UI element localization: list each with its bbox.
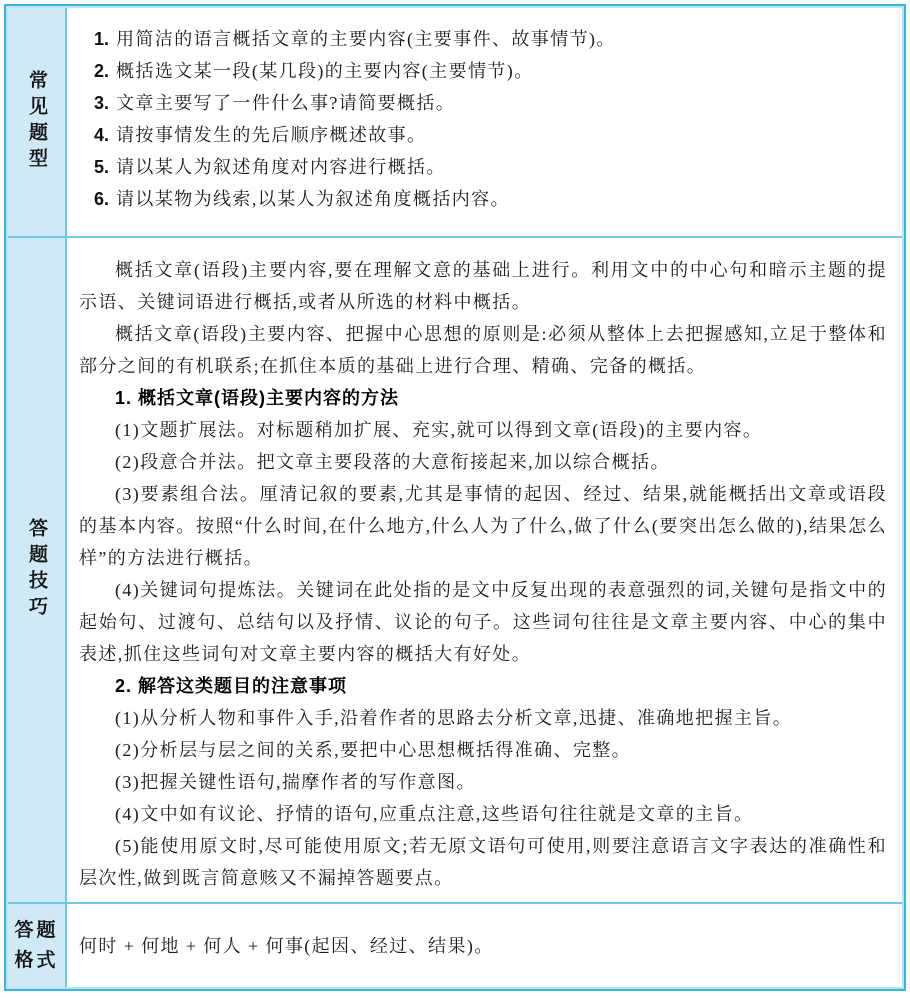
table-inner-frame: 常见题型 1.用简洁的语言概括文章的主要内容(主要事件、故事情节)。 2.概括选…	[6, 6, 904, 989]
technique-paragraph: (4)文中如有议论、抒情的语句,应重点注意,这些语句往往就是文章的主旨。	[79, 798, 887, 830]
question-type-item: 4.请按事情发生的先后顺序概述故事。	[94, 119, 886, 151]
technique-paragraph: (1)文题扩展法。对标题稍加扩展、充实,就可以得到文章(语段)的主要内容。	[79, 414, 887, 446]
item-text: 概括选文某一段(某几段)的主要内容(主要情节)。	[116, 61, 534, 81]
item-number: 3.	[94, 93, 109, 113]
answer-format-text: 何时 + 何地 + 何人 + 何事(起因、经过、结果)。	[79, 930, 494, 962]
item-text: 文章主要写了一件什么事?请简要概括。	[116, 93, 455, 113]
technique-paragraph: (3)把握关键性语句,揣摩作者的写作意图。	[79, 766, 887, 798]
item-text: 请以某人为叙述角度对内容进行概括。	[116, 157, 446, 177]
question-type-item: 5.请以某人为叙述角度对内容进行概括。	[94, 151, 886, 183]
question-type-item: 2.概括选文某一段(某几段)的主要内容(主要情节)。	[94, 55, 886, 87]
row-answer-techniques: 答题技巧 概括文章(语段)主要内容,要在理解文意的基础上进行。利用文中的中心句和…	[8, 236, 902, 902]
item-number: 5.	[94, 157, 109, 177]
row-label-cell-format: 答题 格式	[8, 904, 67, 987]
technique-paragraph: (5)能使用原文时,尽可能使用原文;若无原文语句可使用,则要注意语言文字表达的准…	[79, 830, 887, 894]
item-number: 6.	[94, 189, 109, 209]
technique-paragraph: (2)段意合并法。把文章主要段落的大意衔接起来,加以综合概括。	[79, 446, 887, 478]
item-text: 用简洁的语言概括文章的主要内容(主要事件、故事情节)。	[116, 29, 616, 49]
technique-paragraph: (4)关键词句提炼法。关键词在此处指的是文中反复出现的表意强烈的词,关键句是指文…	[79, 574, 887, 670]
technique-heading: 2. 解答这类题目的注意事项	[79, 670, 887, 702]
study-guide-table: 常见题型 1.用简洁的语言概括文章的主要内容(主要事件、故事情节)。 2.概括选…	[4, 4, 906, 991]
technique-paragraph: 概括文章(语段)主要内容,要在理解文意的基础上进行。利用文中的中心句和暗示主题的…	[79, 254, 887, 318]
item-number: 2.	[94, 61, 109, 81]
technique-heading: 1. 概括文章(语段)主要内容的方法	[79, 382, 887, 414]
row-label-format: 答题 格式	[14, 916, 58, 976]
row-label-cell-common-types: 常见题型	[8, 8, 67, 236]
row-answer-format: 答题 格式 何时 + 何地 + 何人 + 何事(起因、经过、结果)。	[8, 902, 902, 987]
question-type-item: 3.文章主要写了一件什么事?请简要概括。	[94, 87, 886, 119]
technique-paragraph: (2)分析层与层之间的关系,要把中心思想概括得准确、完整。	[79, 734, 887, 766]
item-number: 1.	[94, 29, 109, 49]
item-text: 请按事情发生的先后顺序概述故事。	[116, 125, 426, 145]
row-label-common-types: 常见题型	[27, 70, 46, 174]
row-common-question-types: 常见题型 1.用简洁的语言概括文章的主要内容(主要事件、故事情节)。 2.概括选…	[8, 8, 902, 236]
item-text: 请以某物为线索,以某人为叙述角度概括内容。	[116, 189, 510, 209]
answer-format-content: 何时 + 何地 + 何人 + 何事(起因、经过、结果)。	[67, 904, 902, 987]
question-type-item: 1.用简洁的语言概括文章的主要内容(主要事件、故事情节)。	[94, 23, 886, 55]
techniques-content: 概括文章(语段)主要内容,要在理解文意的基础上进行。利用文中的中心句和暗示主题的…	[67, 238, 902, 902]
technique-paragraph: 概括文章(语段)主要内容、把握中心思想的原则是:必须从整体上去把握感知,立足于整…	[79, 318, 887, 382]
row-label-cell-techniques: 答题技巧	[8, 238, 67, 902]
row-label-techniques: 答题技巧	[27, 518, 46, 622]
item-number: 4.	[94, 125, 109, 145]
row-label-format-line1: 答题	[14, 916, 58, 946]
row-label-format-line2: 格式	[14, 946, 58, 976]
technique-paragraph: (1)从分析人物和事件入手,沿着作者的思路去分析文章,迅捷、准确地把握主旨。	[79, 702, 887, 734]
technique-paragraph: (3)要素组合法。厘清记叙的要素,尤其是事情的起因、经过、结果,就能概括出文章或…	[79, 478, 887, 574]
question-type-item: 6.请以某物为线索,以某人为叙述角度概括内容。	[94, 183, 886, 215]
common-types-content: 1.用简洁的语言概括文章的主要内容(主要事件、故事情节)。 2.概括选文某一段(…	[67, 8, 902, 236]
